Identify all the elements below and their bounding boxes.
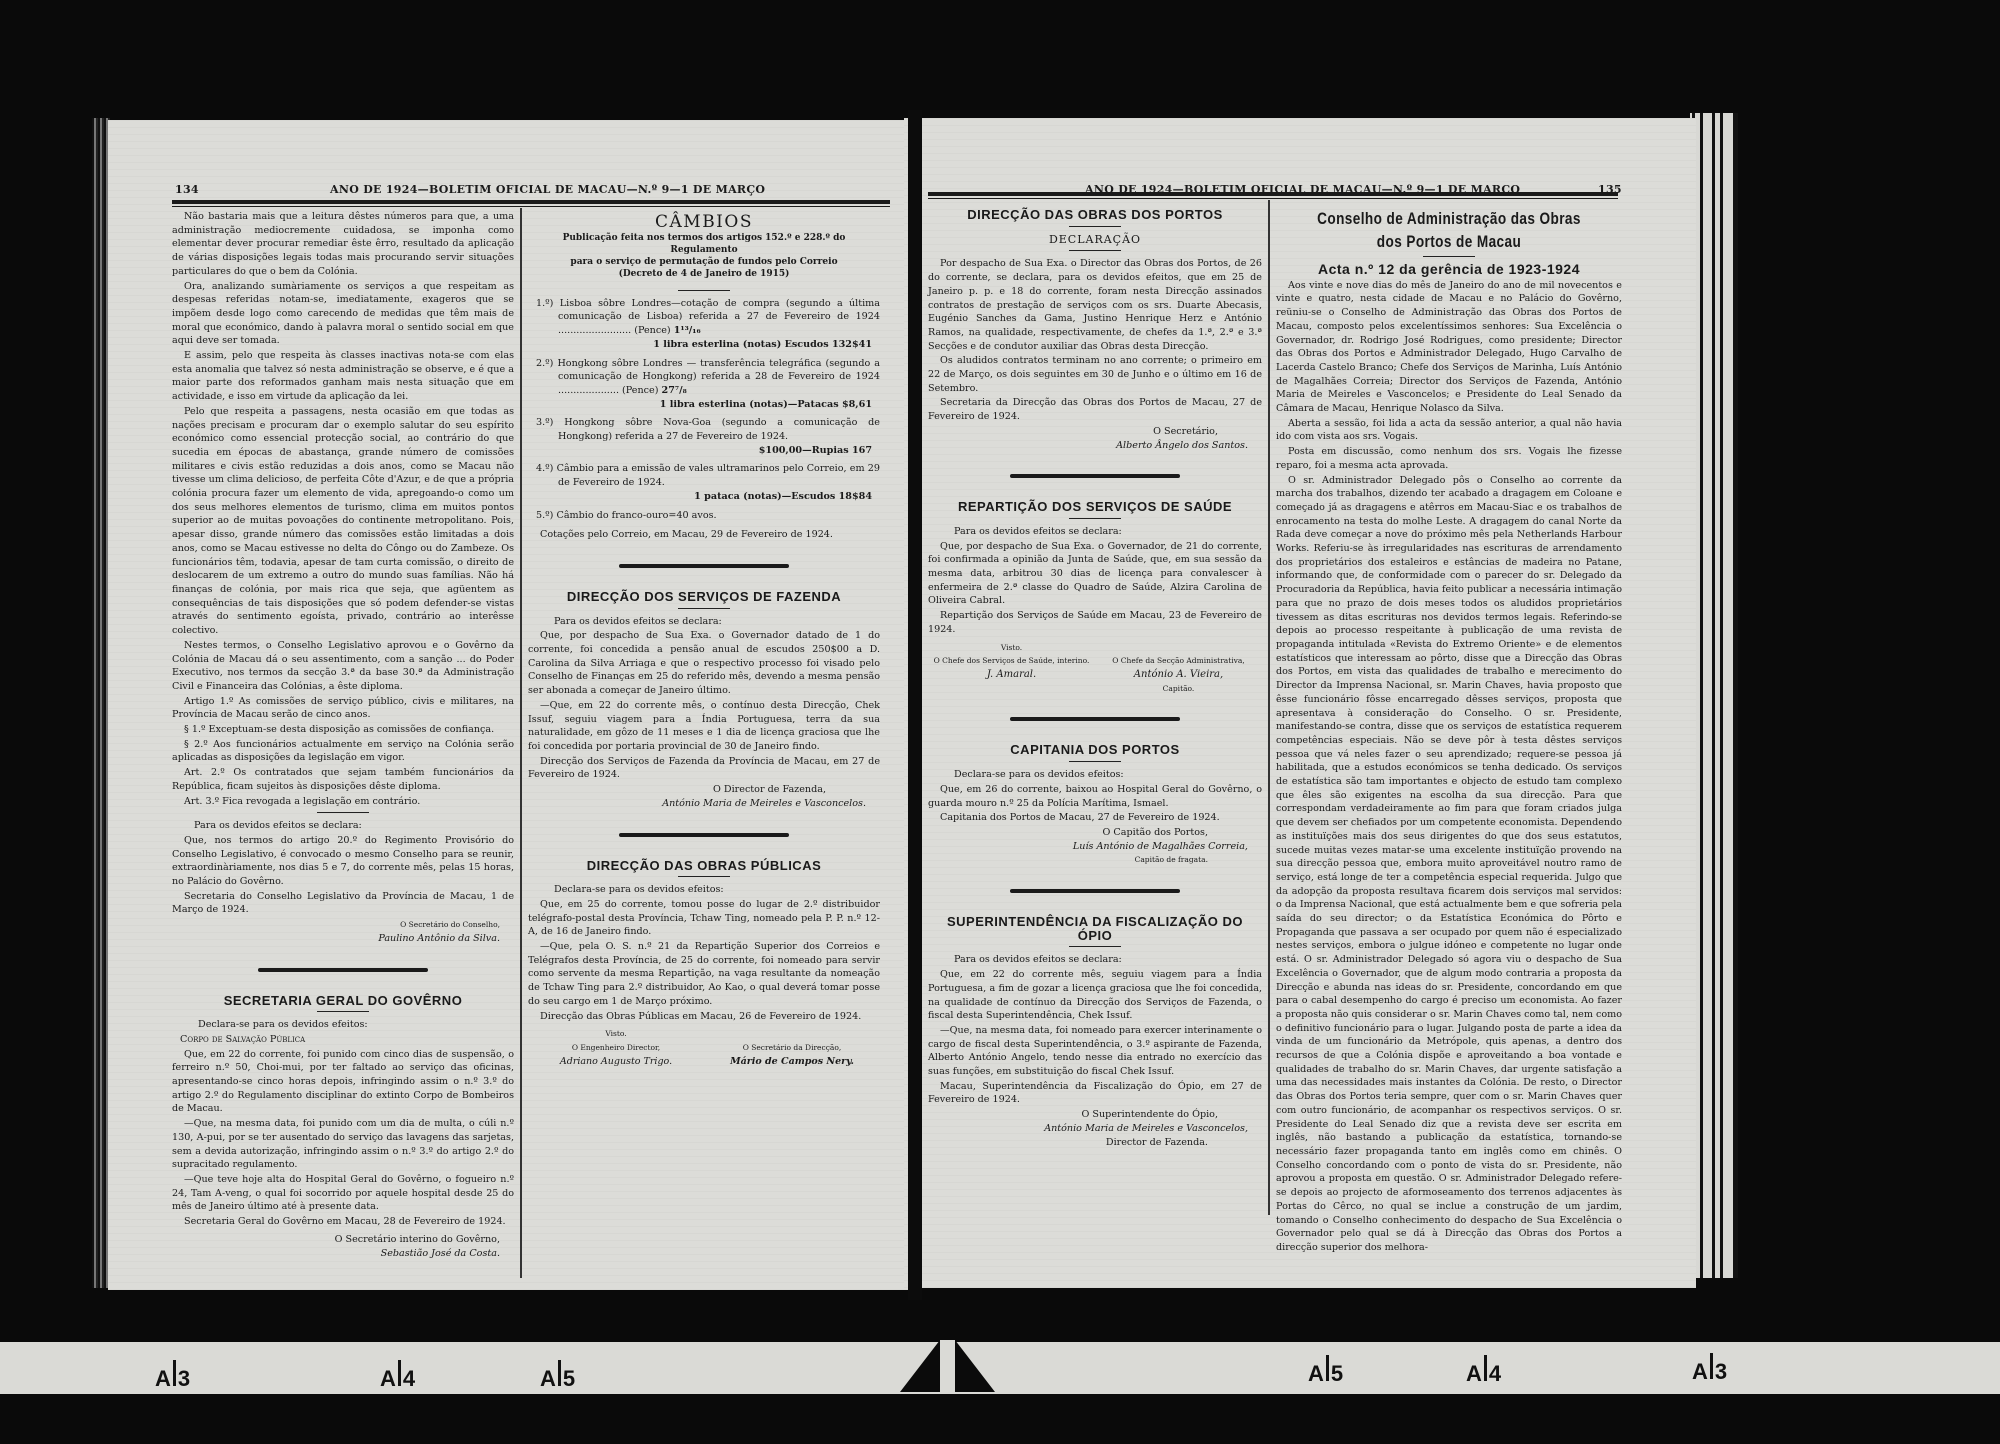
exchange-item: 3.º) Hongkong sôbre Nova-Goa (segundo a … xyxy=(528,416,880,443)
section-heading: REPARTIÇÃO DOS SERVIÇOS DE SAÚDE xyxy=(928,500,1262,514)
cambios-dateline: Cotações pelo Correio, em Macau, 29 de F… xyxy=(528,528,880,542)
left-col-1: Não bastaria mais que a leitura dêstes n… xyxy=(172,210,514,1260)
signature-block: O Secretário do Conselho, Paulino Antôni… xyxy=(172,918,514,945)
section-separator xyxy=(1010,717,1180,721)
section-separator xyxy=(619,833,789,837)
mark-letter: A xyxy=(1308,1361,1324,1386)
mark-letter: A xyxy=(380,1366,396,1391)
article: Art. 2.º Os contratados que sejam também… xyxy=(172,766,514,793)
mark-letter: A xyxy=(1692,1359,1708,1384)
short-rule xyxy=(1069,250,1121,251)
notice-dateline: Secretaria do Conselho Legislativo da Pr… xyxy=(172,890,514,917)
short-rule xyxy=(1069,946,1121,947)
dateline: Repartição dos Serviços de Saúde em Maca… xyxy=(928,609,1262,636)
signature-rank: Capitão de fragata. xyxy=(928,853,1248,867)
section-intro: Declara-se para os devidos efeitos: xyxy=(172,1018,514,1032)
page-edge-line xyxy=(1733,113,1738,1278)
page-edge-line xyxy=(1720,113,1723,1278)
paragraph: —Que teve hoje alta do Hospital Geral do… xyxy=(172,1173,514,1214)
right-column-divider xyxy=(1268,200,1270,1215)
paragraph: Ora, analizando sumàriamente os serviços… xyxy=(172,280,514,349)
item-text: Câmbio do franco-ouro=40 avos. xyxy=(556,510,716,521)
signature-right: O Secretário da Direcção, Mário de Campo… xyxy=(704,1027,880,1068)
mark-letter: A xyxy=(155,1366,171,1391)
signature-title: O Capitão dos Portos, xyxy=(928,826,1248,840)
signature-block: O Superintendente do Ópio, António Maria… xyxy=(928,1108,1262,1149)
short-rule xyxy=(678,876,730,877)
item-rate: 27⁷/₈ xyxy=(662,385,687,396)
paragraph: Posta em discussão, como nenhum dos srs.… xyxy=(1276,445,1622,472)
microfilm-frame: 134 ANO DE 1924—BOLETIM OFICIAL DE MACAU… xyxy=(0,0,2000,1444)
film-index-mark: A4 xyxy=(1466,1355,1501,1387)
exchange-item: 2.º) Hongkong sôbre Londres — transferên… xyxy=(528,357,880,398)
signature-block: O Secretário, Alberto Ângelo dos Santos. xyxy=(928,425,1262,452)
page-edge-line xyxy=(1712,113,1715,1278)
article-clause: § 1.º Exceptuam-se desta disposição as c… xyxy=(172,723,514,737)
film-index-mark: A5 xyxy=(1308,1355,1343,1387)
mark-number: 5 xyxy=(1331,1361,1343,1386)
paragraph: Nestes termos, o Conselho Legislativo ap… xyxy=(172,639,514,694)
notice-body: Que, nos termos do artigo 20.º do Regime… xyxy=(172,834,514,889)
signature-name: Luís António de Magalhães Correia, xyxy=(928,840,1248,854)
film-index-mark: A3 xyxy=(155,1360,190,1392)
strip-notch-right xyxy=(955,1340,995,1392)
exchange-amount: 1 pataca (notas)—Escudos 18$84 xyxy=(528,490,880,504)
signature-title: O Director de Fazenda, xyxy=(528,783,866,797)
paragraph: —Que, na mesma data, foi nomeado para ex… xyxy=(928,1024,1262,1079)
strip-notch-center xyxy=(940,1340,955,1392)
signature-name: Paulino Antônio da Silva. xyxy=(172,932,500,946)
paragraph: E assim, pelo que respeita às classes in… xyxy=(172,349,514,404)
section-heading: DIRECÇÃO DAS OBRAS PÚBLICAS xyxy=(528,859,880,873)
left-header-rule xyxy=(172,200,890,204)
signature-rank: Director de Fazenda. xyxy=(928,1136,1248,1150)
signature-title: O Secretário da Direcção, xyxy=(704,1041,880,1055)
film-index-mark: A4 xyxy=(380,1360,415,1392)
section-heading: SECRETARIA GERAL DO GOVÊRNO xyxy=(172,994,514,1008)
section-heading: SUPERINTENDÊNCIA DA FISCALIZAÇÃO DO ÓPIO xyxy=(928,915,1262,942)
item-number: 5.º) xyxy=(536,510,553,521)
short-rule xyxy=(678,290,730,291)
dateline: Secretaria Geral do Govêrno em Macau, 28… xyxy=(172,1215,514,1229)
signature-block: O Secretário interino do Govêrno, Sebast… xyxy=(172,1233,514,1260)
dual-signature: Visto. O Chefe dos Serviços de Saúde, in… xyxy=(928,641,1262,696)
dateline: Capitania dos Portos de Macau, 27 de Fev… xyxy=(928,811,1262,825)
left-col-2: CÂMBIOS Publicação feita nos termos dos … xyxy=(528,210,880,1068)
dateline: Direcção dos Serviços de Fazenda da Prov… xyxy=(528,755,880,782)
section-heading: DIRECÇÃO DAS OBRAS DOS PORTOS xyxy=(928,208,1262,222)
right-col-2: Conselho de Administração das Obras dos … xyxy=(1276,202,1622,1256)
cambios-subheading: (Decreto de 4 de Janeiro de 1915) xyxy=(528,268,880,280)
item-number: 3.º) xyxy=(536,417,553,428)
short-rule xyxy=(1069,518,1121,519)
item-text: Lisboa sôbre Londres—cotação de compra (… xyxy=(558,298,880,336)
signature-name: Sebastião José da Costa. xyxy=(172,1247,500,1261)
short-rule xyxy=(1069,761,1121,762)
signature-rank: Capitão. xyxy=(1095,682,1262,696)
paragraph: O sr. Administrador Delegado pôs o Conse… xyxy=(1276,474,1622,1255)
mark-number: 4 xyxy=(403,1366,415,1391)
section-separator xyxy=(1010,474,1180,478)
signature-left: Visto. O Engenheiro Director, Adriano Au… xyxy=(528,1027,704,1068)
signature-name: António A. Vieira, xyxy=(1095,668,1262,682)
paragraph: Não bastaria mais que a leitura dêstes n… xyxy=(172,210,514,279)
strip-notch-left xyxy=(900,1340,940,1392)
signature-block: O Director de Fazenda, António Maria de … xyxy=(528,783,880,810)
short-rule xyxy=(1423,256,1475,257)
article: Art. 3.º Fica revogada a legislação em c… xyxy=(172,795,514,809)
film-index-mark: A5 xyxy=(540,1360,575,1392)
paragraph: Os aludidos contratos terminam no ano co… xyxy=(928,354,1262,395)
paragraph: Que, em 25 do corrente, tomou posse do l… xyxy=(528,898,880,939)
section-intro: Declara-se para os devidos efeitos: xyxy=(528,883,880,897)
conselho-heading-line1: Conselho de Administração das Obras xyxy=(1311,208,1588,229)
mark-number: 5 xyxy=(563,1366,575,1391)
mark-letter: A xyxy=(540,1366,556,1391)
signature-title: O Secretário do Conselho, xyxy=(172,918,500,932)
right-col-1: DIRECÇÃO DAS OBRAS DOS PORTOS DECLARAÇÃO… xyxy=(928,202,1262,1149)
exchange-item: 4.º) Câmbio para a emissão de vales ultr… xyxy=(528,462,880,489)
paragraph: —Que, pela O. S. n.º 21 da Repartição Su… xyxy=(528,940,880,1009)
cambios-heading: CÂMBIOS xyxy=(528,216,880,230)
paragraph: Pelo que respeita a passagens, nesta oca… xyxy=(172,405,514,638)
paragraph: Que, em 22 do corrente, foi punido com c… xyxy=(172,1048,514,1117)
section-heading: CAPITANIA DOS PORTOS xyxy=(928,743,1262,757)
item-number: 4.º) xyxy=(536,463,553,474)
page-edge-line xyxy=(1700,113,1703,1278)
conselho-heading-line2: dos Portos de Macau xyxy=(1311,231,1588,252)
paragraph: —Que, em 22 do corrente mês, o contínuo … xyxy=(528,699,880,754)
signature-title: O Engenheiro Director, xyxy=(528,1041,704,1055)
right-header-rule-thin xyxy=(928,198,1618,199)
paragraph: —Que, na mesma data, foi punido com um d… xyxy=(172,1117,514,1172)
dateline: Direcção das Obras Públicas em Macau, 26… xyxy=(528,1010,880,1024)
signature-block: O Capitão dos Portos, Luís António de Ma… xyxy=(928,826,1262,867)
paragraph: Que, por despacho de Sua Exa. o Governad… xyxy=(928,540,1262,609)
exchange-item: 5.º) Câmbio do franco-ouro=40 avos. xyxy=(528,509,880,523)
signature-left: Visto. O Chefe dos Serviços de Saúde, in… xyxy=(928,641,1095,696)
signature-name: Alberto Ângelo dos Santos. xyxy=(928,439,1248,453)
section-intro: Para os devidos efeitos se declara: xyxy=(528,615,880,629)
paragraph: Aos vinte e nove dias do mês de Janeiro … xyxy=(1276,279,1622,416)
article-clause: § 2.º Aos funcionários actualmente em se… xyxy=(172,738,514,765)
section-separator xyxy=(258,968,428,972)
paragraph: Aberta a sessão, foi lida a acta da sess… xyxy=(1276,417,1622,444)
book-gutter xyxy=(908,110,922,1300)
mark-number: 4 xyxy=(1489,1361,1501,1386)
acta-title: Acta n.º 12 da gerência de 1923-1924 xyxy=(1276,263,1622,277)
subsection-title: Corpo de Salvação Pública xyxy=(172,1033,514,1047)
film-index-mark: A3 xyxy=(1692,1353,1727,1385)
paragraph: Que, por despacho de Sua Exa. o Governad… xyxy=(528,629,880,698)
section-separator xyxy=(619,564,789,568)
section-separator xyxy=(1010,889,1180,893)
cambios-subheading: para o serviço de permutação de fundos p… xyxy=(528,256,880,268)
exchange-amount: 1 libra esterlina (notas) Escudos 132$41 xyxy=(528,338,880,352)
section-subheading: DECLARAÇÃO xyxy=(928,233,1262,247)
item-number: 2.º) xyxy=(536,358,553,369)
right-header-rule xyxy=(928,192,1618,196)
section-heading: DIRECÇÃO DOS SERVIÇOS DE FAZENDA xyxy=(528,590,880,604)
article: Artigo 1.º As comissões de serviço públi… xyxy=(172,695,514,722)
paragraph: Que, em 26 do corrente, baixou ao Hospit… xyxy=(928,783,1262,810)
signature-title: O Secretário interino do Govêrno, xyxy=(172,1233,500,1247)
visto-label: Visto. xyxy=(528,1027,704,1041)
mark-letter: A xyxy=(1466,1361,1482,1386)
item-text: Hongkong sôbre Nova-Goa (segundo a comun… xyxy=(558,417,880,442)
signature-right: O Chefe da Secção Administrativa, Antóni… xyxy=(1095,641,1262,696)
item-rate: 1¹³/₁₆ xyxy=(674,325,701,336)
signature-name: António Maria de Meireles e Vasconcelos, xyxy=(928,1122,1248,1136)
item-number: 1.º) xyxy=(536,298,553,309)
section-intro: Para os devidos efeitos se declara: xyxy=(928,525,1262,539)
paragraph: Que, em 22 do corrente mês, seguiu viage… xyxy=(928,968,1262,1023)
dual-signature: Visto. O Engenheiro Director, Adriano Au… xyxy=(528,1027,880,1068)
paragraph: Por despacho de Sua Exa. o Director das … xyxy=(928,257,1262,353)
exchange-amount: 1 libra esterlina (notas)—Patacas $8,61 xyxy=(528,398,880,412)
signature-name: Mário de Campos Nery. xyxy=(704,1055,880,1069)
mark-number: 3 xyxy=(178,1366,190,1391)
short-rule xyxy=(317,1011,369,1012)
signature-title: O Secretário, xyxy=(928,425,1248,439)
signature-name: Adriano Augusto Trigo. xyxy=(528,1055,704,1069)
item-text: Hongkong sôbre Londres — transferência t… xyxy=(557,358,880,396)
short-rule xyxy=(1069,226,1121,227)
left-column-divider xyxy=(520,208,522,1278)
signature-title: O Chefe dos Serviços de Saúde, interino. xyxy=(928,654,1095,668)
cambios-subheading: Publicação feita nos termos dos artigos … xyxy=(528,232,880,256)
signature-title: O Chefe da Secção Administrativa, xyxy=(1095,654,1262,668)
visto-label: Visto. xyxy=(928,641,1095,655)
exchange-amount: $100,00—Rupias 167 xyxy=(528,444,880,458)
section-intro: Para os devidos efeitos se declara: xyxy=(928,953,1262,967)
dateline: Macau, Superintendência da Fiscalização … xyxy=(928,1080,1262,1107)
notice-intro: Para os devidos efeitos se declara: xyxy=(172,819,514,833)
short-rule xyxy=(678,608,730,609)
signature-title: O Superintendente do Ópio, xyxy=(928,1108,1248,1122)
short-rule xyxy=(317,812,369,813)
exchange-item: 1.º) Lisboa sôbre Londres—cotação de com… xyxy=(528,297,880,338)
mark-number: 3 xyxy=(1715,1359,1727,1384)
left-header-title: ANO DE 1924—BOLETIM OFICIAL DE MACAU—N.º… xyxy=(330,183,765,196)
left-page-number: 134 xyxy=(175,183,199,196)
item-text: Câmbio para a emissão de vales ultramari… xyxy=(557,463,880,488)
left-header-rule-thin xyxy=(172,206,890,207)
section-intro: Declara-se para os devidos efeitos: xyxy=(928,768,1262,782)
dateline: Secretaria da Direcção das Obras dos Por… xyxy=(928,396,1262,423)
signature-name: J. Amaral. xyxy=(928,668,1095,682)
signature-name: António Maria de Meireles e Vasconcelos. xyxy=(528,797,866,811)
